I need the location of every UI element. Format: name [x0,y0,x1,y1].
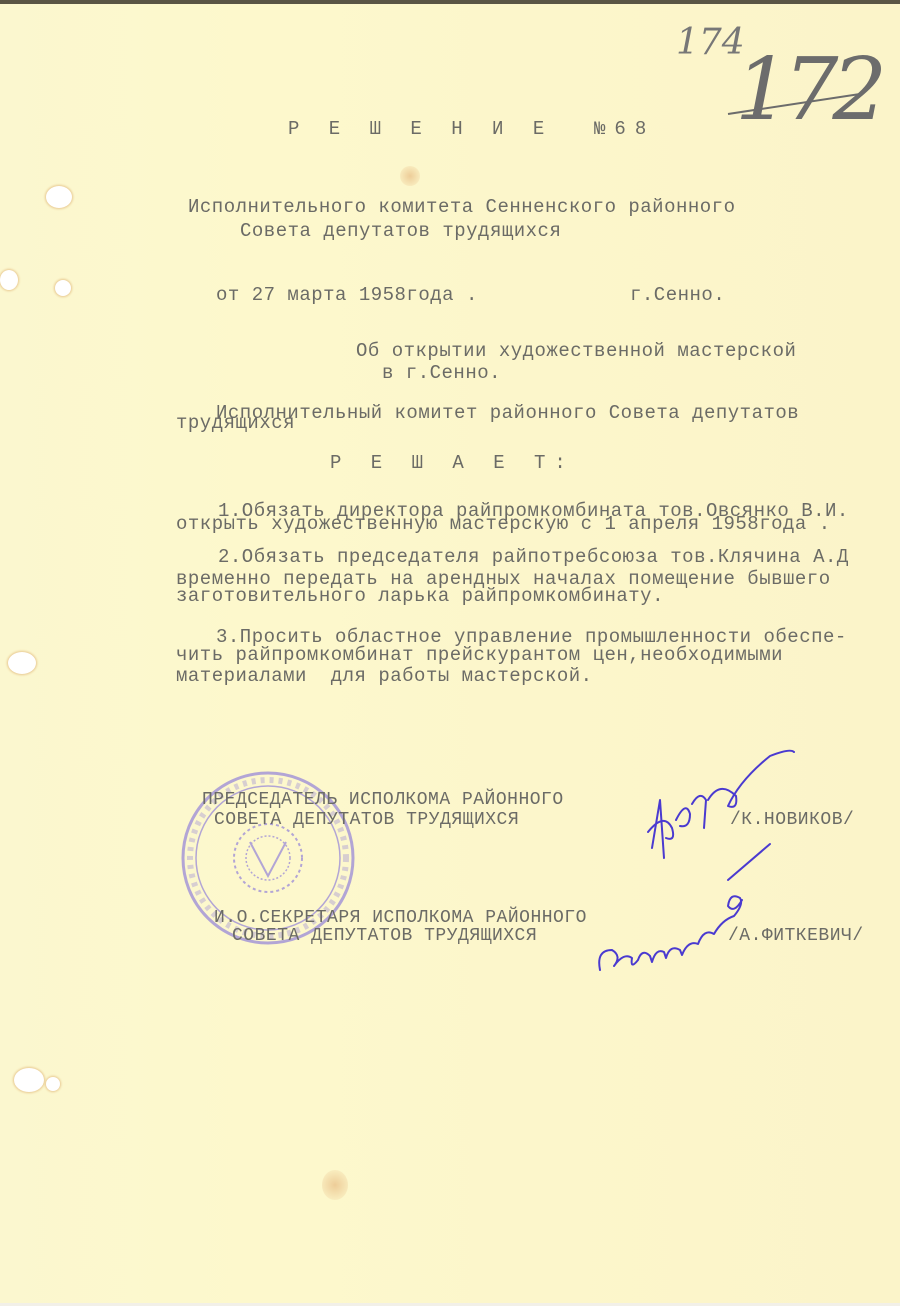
handwritten-signatures-icon [0,0,900,1306]
document-page: 174 172 Р Е Ш Е Н И Е №68 Исполнительног… [0,0,900,1306]
